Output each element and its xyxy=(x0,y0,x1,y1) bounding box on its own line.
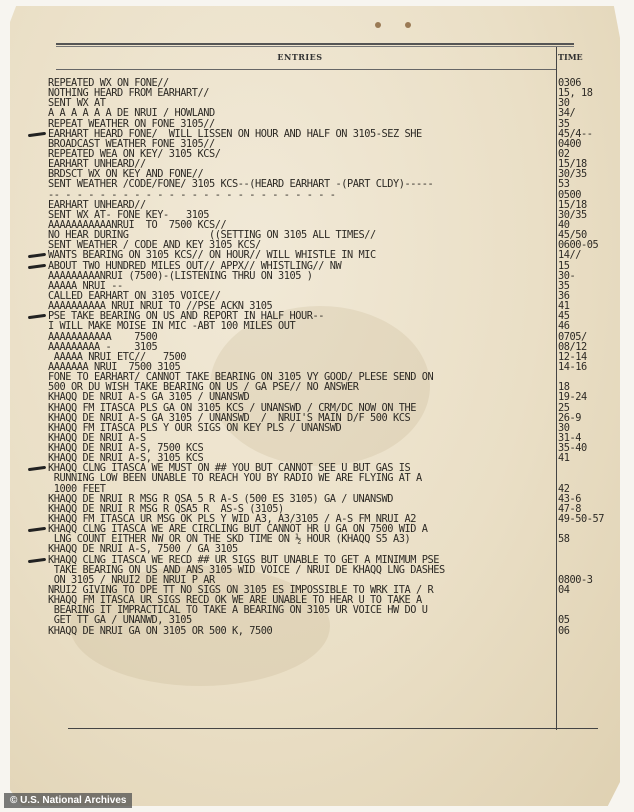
log-entry-time: 14-16 xyxy=(558,362,587,372)
margin-mark-icon xyxy=(28,557,46,562)
entries-column-header: ENTRIES xyxy=(50,52,550,62)
top-rule xyxy=(56,43,574,45)
log-entries: REPEATED WX ON FONE//0306NOTHING HEARD F… xyxy=(48,78,628,636)
log-row: KHAQQ DE NRUI A-S GA 3105 / UNANSWD19-24 xyxy=(48,392,628,402)
log-entry-time: 19-24 xyxy=(558,392,587,402)
log-row: WANTS BEARING ON 3105 KCS// ON HOUR// WI… xyxy=(48,250,628,260)
log-row: RUNNING LOW BEEN UNABLE TO REACH YOU BY … xyxy=(48,473,628,483)
header-rule xyxy=(56,69,556,70)
archival-document-page: ENTRIES TIME REPEATED WX ON FONE//0306NO… xyxy=(10,6,620,806)
log-entry-time: 41 xyxy=(558,453,570,463)
bottom-rule xyxy=(68,728,598,729)
log-entry-time: 04 xyxy=(558,585,570,595)
margin-mark-icon xyxy=(28,131,46,136)
log-row: NOTHING HEARD FROM EARHART//15, 18 xyxy=(48,88,628,98)
log-entry-time: 49-50-57 xyxy=(558,514,604,524)
margin-mark-icon xyxy=(28,253,46,258)
log-row: AAAAAAAAANRUI (7500)-(LISTENING THRU ON … xyxy=(48,271,628,281)
top-rule-thin xyxy=(56,46,574,47)
margin-mark-icon xyxy=(28,527,46,532)
log-entry-time: 58 xyxy=(558,534,570,544)
log-row: I WILL MAKE MOISE IN MIC -ABT 100 MILES … xyxy=(48,321,628,331)
log-row: KHAQQ DE NRUI GA ON 3105 OR 500 K, 75000… xyxy=(48,626,628,636)
log-entry-text: I WILL MAKE MOISE IN MIC -ABT 100 MILES … xyxy=(48,321,295,331)
time-column-header: TIME xyxy=(558,52,583,62)
log-entry-time: 06 xyxy=(558,626,570,636)
image-credit: © U.S. National Archives xyxy=(4,793,132,808)
margin-mark-icon xyxy=(28,466,46,471)
margin-mark-icon xyxy=(28,263,46,268)
margin-mark-icon xyxy=(28,314,46,319)
log-entry-text: KHAQQ DE NRUI GA ON 3105 OR 500 K, 7500 xyxy=(48,626,272,636)
log-entry-time: 46 xyxy=(558,321,570,331)
log-entry-text: KHAQQ DE NRUI A-S GA 3105 / UNANSWD xyxy=(48,392,249,402)
